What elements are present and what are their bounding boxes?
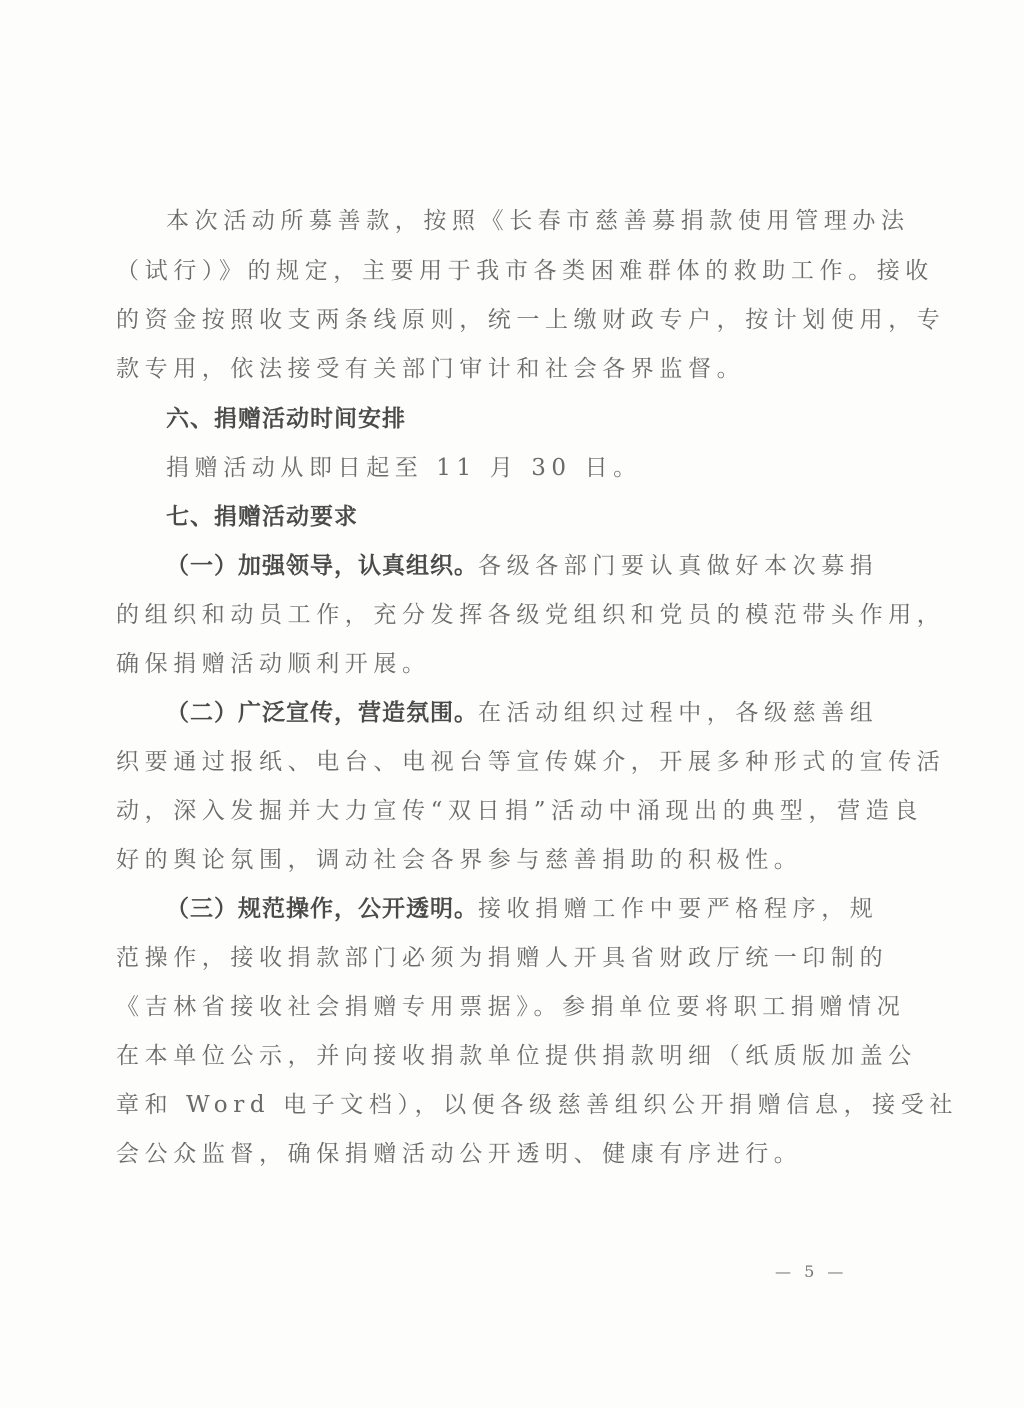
item-3-first-line: （三）规范操作，公开透明。接收捐赠工作中要严格程序，规 — [166, 894, 852, 924]
paragraph-line: 章和 Word 电子文档），以便各级慈善组织公开捐赠信息，接受社 — [116, 1090, 852, 1120]
paragraph-line: 的资金按照收支两条线原则，统一上缴财政专户，按计划使用，专 — [116, 305, 852, 335]
section-6-text: 捐赠活动从即日起至 11 月 30 日。 — [166, 453, 852, 483]
paragraph-line: 会公众监督，确保捐赠活动公开透明、健康有序进行。 — [116, 1139, 852, 1169]
paragraph-line: 织要通过报纸、电台、电视台等宣传媒介，开展多种形式的宣传活 — [116, 747, 852, 777]
document-page: 本次活动所募善款，按照《长春市慈善募捐款使用管理办法 （试行）》的规定，主要用于… — [0, 0, 1024, 1408]
item-1-first-line: （一）加强领导，认真组织。各级各部门要认真做好本次募捐 — [166, 551, 852, 581]
item-3-text: 接收捐赠工作中要严格程序，规 — [478, 896, 878, 922]
paragraph-line: （试行）》的规定，主要用于我市各类困难群体的救助工作。接收 — [116, 256, 852, 286]
item-2-text: 在活动组织过程中，各级慈善组 — [478, 700, 878, 726]
page-number: — 5 — — [775, 1262, 847, 1281]
paragraph-line: 动，深入发掘并大力宣传“双日捐”活动中涌现出的典型，营造良 — [116, 796, 852, 826]
item-1-title: （一）加强领导，认真组织。 — [166, 553, 478, 579]
paragraph-line: 确保捐赠活动顺利开展。 — [116, 649, 852, 679]
paragraph-line: 本次活动所募善款，按照《长春市慈善募捐款使用管理办法 — [166, 206, 852, 236]
section-heading-7: 七、捐赠活动要求 — [166, 502, 852, 532]
paragraph-line: 在本单位公示，并向接收捐款单位提供捐款明细（纸质版加盖公 — [116, 1041, 852, 1071]
paragraph-line: 《吉林省接收社会捐赠专用票据》。参捐单位要将职工捐赠情况 — [116, 992, 852, 1022]
section-heading-6: 六、捐赠活动时间安排 — [166, 404, 852, 434]
paragraph-line: 范操作，接收捐款部门必须为捐赠人开具省财政厅统一印制的 — [116, 943, 852, 973]
item-2-title: （二）广泛宣传，营造氛围。 — [166, 700, 478, 726]
item-2-first-line: （二）广泛宣传，营造氛围。在活动组织过程中，各级慈善组 — [166, 698, 852, 728]
paragraph-line: 款专用，依法接受有关部门审计和社会各界监督。 — [116, 354, 852, 384]
item-1-text: 各级各部门要认真做好本次募捐 — [478, 553, 878, 579]
paragraph-line: 好的舆论氛围，调动社会各界参与慈善捐助的积极性。 — [116, 845, 852, 875]
paragraph-line: 的组织和动员工作，充分发挥各级党组织和党员的模范带头作用， — [116, 600, 852, 630]
item-3-title: （三）规范操作，公开透明。 — [166, 896, 478, 922]
